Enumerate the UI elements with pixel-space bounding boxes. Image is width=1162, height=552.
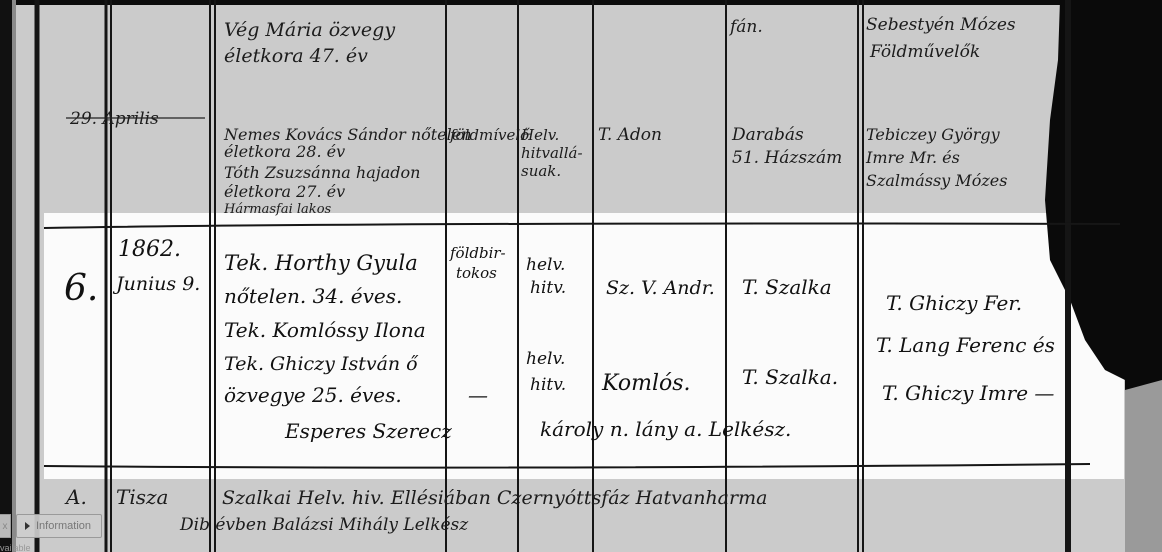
upper-witness-3: Szalmássy Mózes xyxy=(866,171,1007,190)
status-text: vailable xyxy=(0,543,31,552)
lower-entry-place: Tisza xyxy=(116,485,168,509)
prev-witness-1: Sebestyén Mózes xyxy=(866,15,1016,35)
upper-occupation: földmívelő xyxy=(449,126,530,144)
occupation-line-1: földbir- xyxy=(449,244,506,262)
upper-bride: Tóth Zsuzsánna hajadon xyxy=(224,163,420,182)
parish-groom: T. Szalka xyxy=(742,275,832,299)
prev-witness-2: Földművelők xyxy=(869,42,980,62)
parish-bride: T. Szalka. xyxy=(742,365,838,389)
information-toggle-button[interactable]: Information xyxy=(16,514,102,538)
upper-religion-1: Helv. xyxy=(520,126,559,144)
upper-witness-2: Imre Mr. és xyxy=(865,148,960,167)
bride-line-3: özvegye 25. éves. xyxy=(224,383,402,407)
prev-bride-line2: életkora 47. év xyxy=(224,45,368,67)
bride-line-1: Tek. Komlóssy Ilona xyxy=(224,318,426,342)
religion-groom-2: hitv. xyxy=(530,278,566,298)
upper-bride-age: életkora 27. év xyxy=(224,182,345,201)
bride-line-2: Tek. Ghiczy István ő xyxy=(224,353,419,375)
religion-groom-1: helv. xyxy=(526,255,565,275)
entry-date: Junius 9. xyxy=(112,273,200,295)
witness-1: T. Ghiczy Fer. xyxy=(886,291,1022,315)
upper-bride-extra: Hármasfai lakos xyxy=(223,202,332,217)
upper-house: Darabás xyxy=(731,125,804,145)
lower-entry-number: A. xyxy=(64,485,87,509)
entry-year: 1862. xyxy=(118,237,181,262)
upper-entry-date: 29. Aprilis xyxy=(69,109,159,129)
expand-triangle-icon xyxy=(25,522,30,530)
residence-groom: Sz. V. Andr. xyxy=(606,277,715,299)
officiant: Esperes Szerecz xyxy=(284,419,452,443)
groom-line-2: nőtelen. 34. éves. xyxy=(224,284,402,308)
prev-bride-line1: Vég Mária özvegy xyxy=(224,19,395,41)
prev-residence: fán. xyxy=(728,17,763,37)
occupation-line-2: tokos xyxy=(456,264,497,282)
entry-number: 6. xyxy=(64,268,98,309)
lower-entry-text: Szalkai Helv. hiv. Ellésiában Czernyótts… xyxy=(222,487,767,509)
witness-2: T. Lang Ferenc és xyxy=(876,333,1055,357)
upper-witness-1: Tebiczey György xyxy=(866,125,1001,144)
document-viewer: Vég Mária özvegy életkora 47. év fán. Se… xyxy=(0,0,1162,552)
information-label: Information xyxy=(36,520,91,532)
parish-note: károly n. lány a. Lelkész. xyxy=(540,417,791,441)
upper-religion-3: suak. xyxy=(521,162,561,180)
upper-residence: T. Adon xyxy=(598,125,662,145)
lower-entry-text-2: Dib évben Balázsi Mihály Lelkész xyxy=(179,515,469,535)
panel-close-button[interactable]: x xyxy=(0,514,11,538)
groom-line-1: Tek. Horthy Gyula xyxy=(224,251,418,275)
close-glyph: x xyxy=(3,521,8,532)
residence-bride: Komlós. xyxy=(601,371,691,396)
upper-groom-age: életkora 28. év xyxy=(224,142,345,161)
religion-bride-2: hitv. xyxy=(530,375,566,395)
upper-house-2: 51. Házszám xyxy=(732,148,842,168)
religion-bride-1: helv. xyxy=(526,349,565,369)
upper-religion-2: hitvallá- xyxy=(521,144,583,162)
witness-3: T. Ghiczy Imre — xyxy=(882,381,1054,405)
register-text-layer: Vég Mária özvegy életkora 47. év fán. Se… xyxy=(0,0,1162,552)
occupation-dash: — xyxy=(468,383,488,407)
